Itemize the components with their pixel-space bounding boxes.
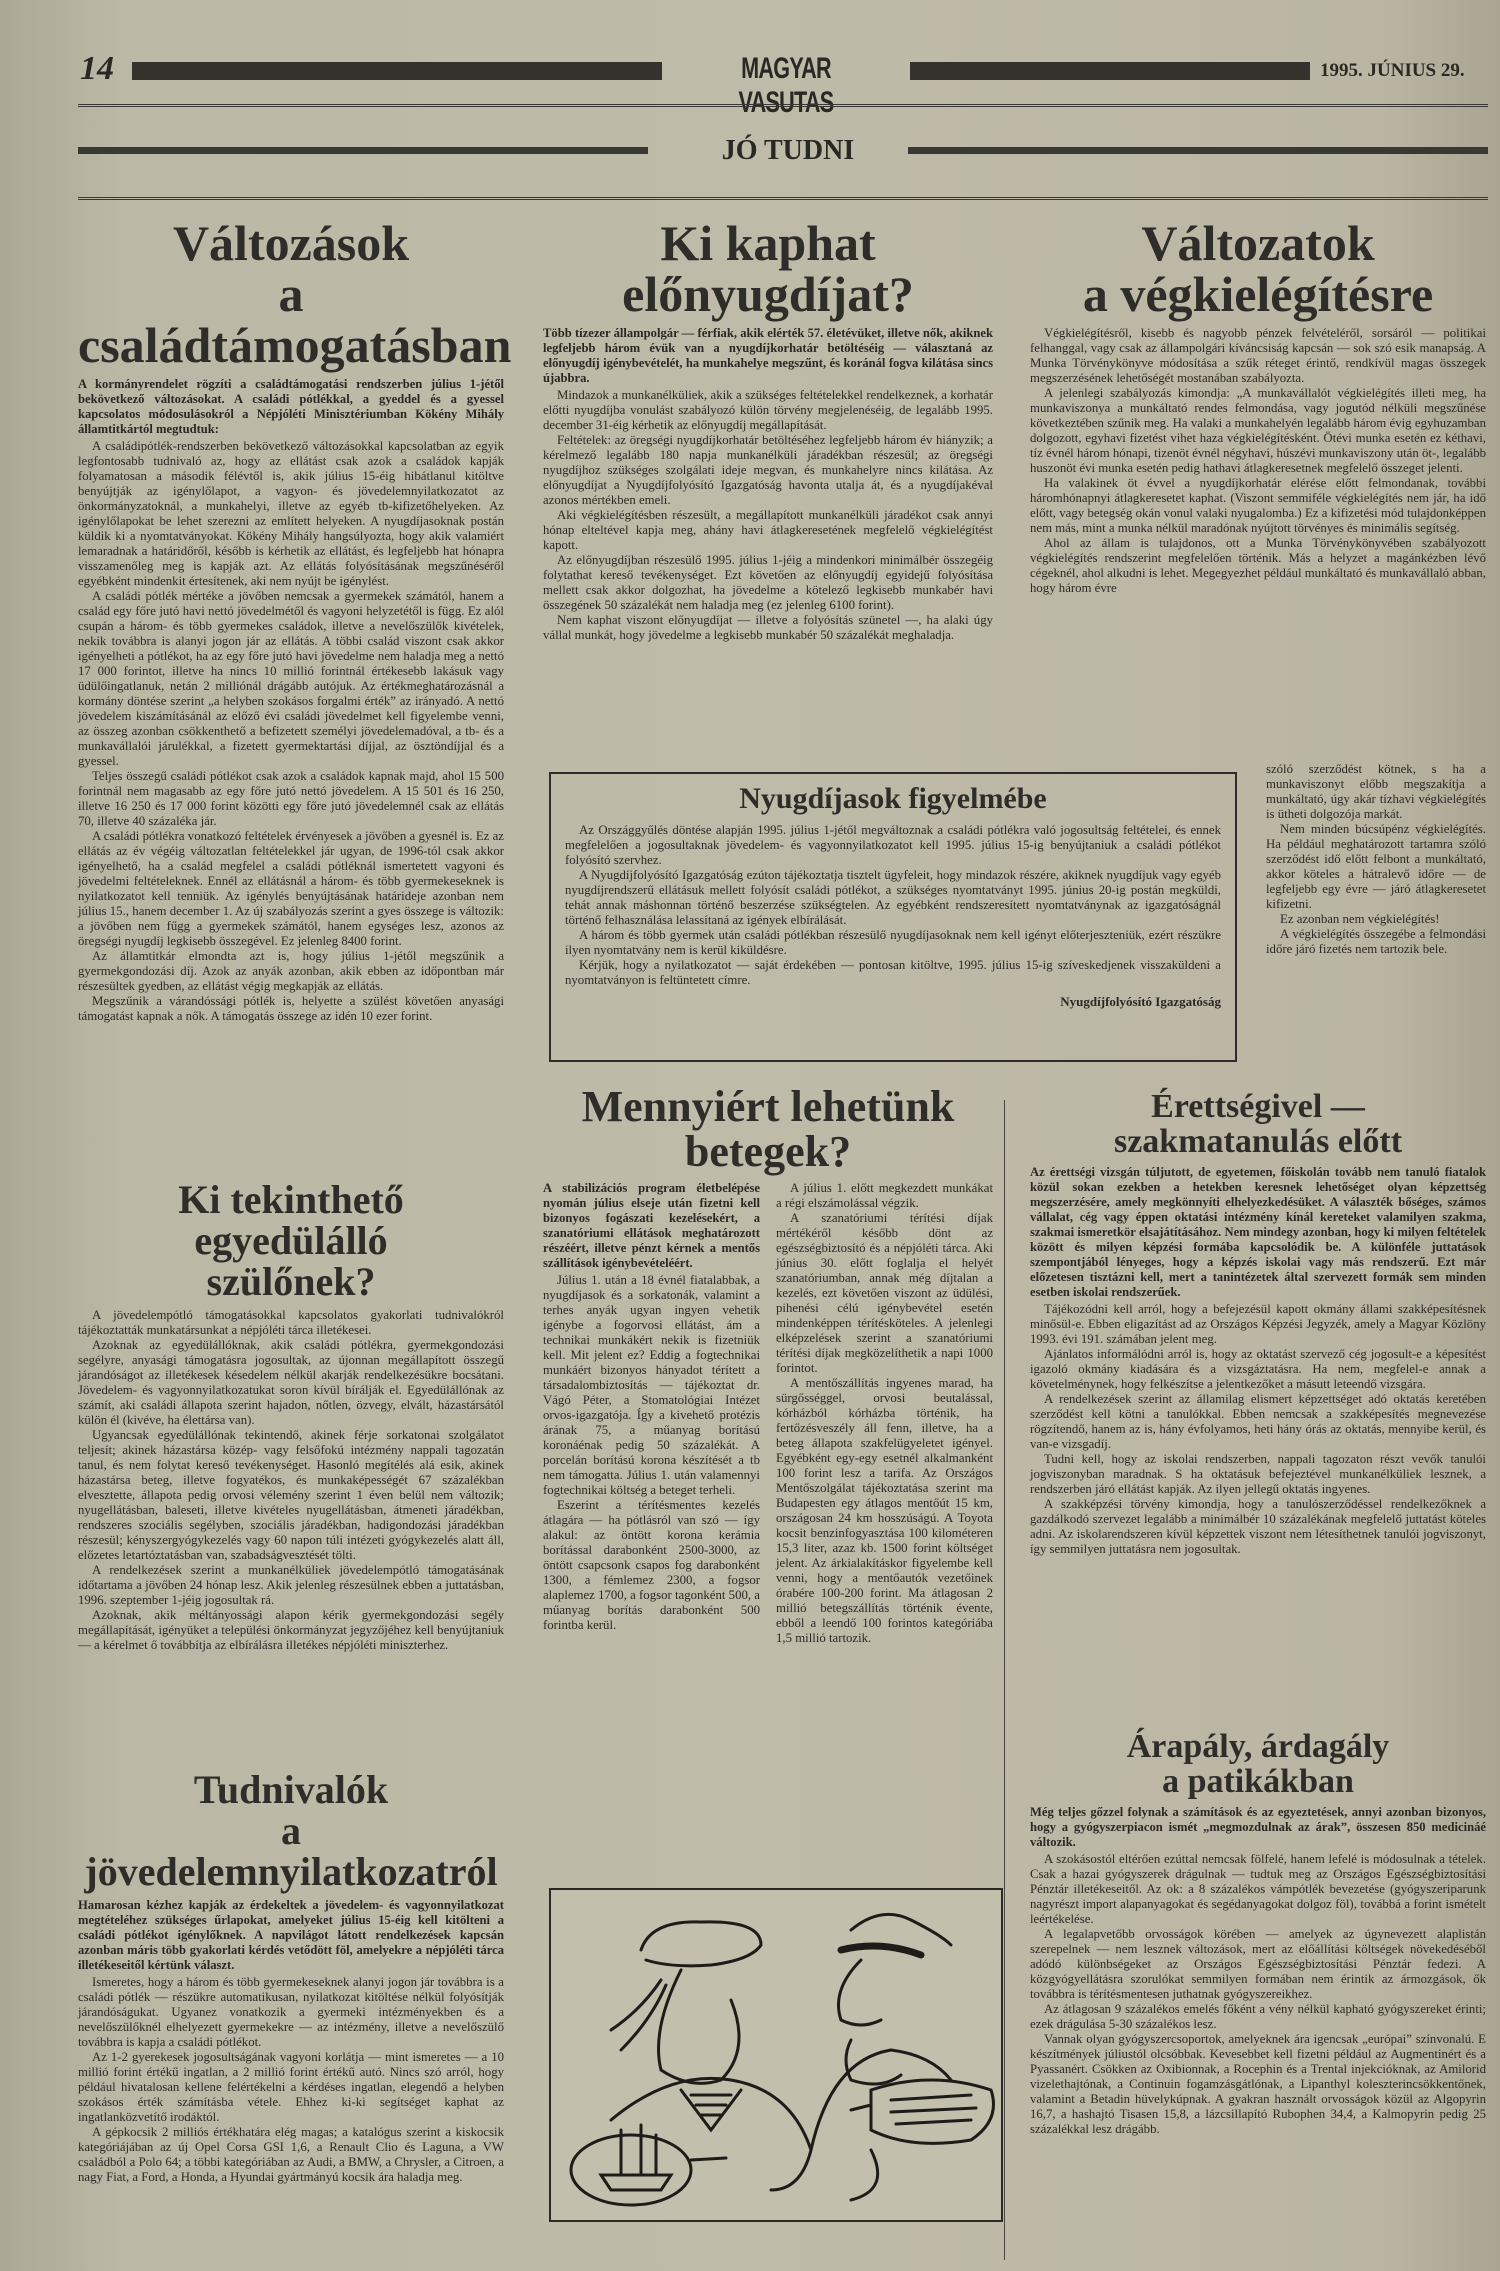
paragraph: Ismeretes, hogy a három és több gyermeke… (78, 1975, 504, 2050)
article-betegek: Mennyiért lehetünk betegek? A stabilizác… (543, 1085, 993, 1646)
banner-rule-left (78, 147, 648, 154)
paragraph: Kérjük, hogy a nyilatkozatot — saját érd… (565, 958, 1221, 988)
paragraph: A július 1. előtt megkezdett munkákat a … (776, 1181, 993, 1211)
paragraph: A három és több gyermek után családi pót… (565, 928, 1221, 958)
headline-line-2: szakmatanulás előtt (1114, 1123, 1402, 1160)
article-lead: Hamarosan kézhez kapják az érdekeltek a … (78, 1898, 504, 1973)
paragraph: A családi pótlék mértéke a jövőben nemcs… (78, 589, 504, 769)
paragraph: Vannak olyan gyógyszercsoportok, amelyek… (1030, 2032, 1486, 2137)
headline-line-1: Változások (173, 215, 409, 271)
newspaper-page: 14 MAGYAR VASUTAS 1995. JÚNIUS 29. JÓ TU… (0, 0, 1500, 2271)
paragraph: Az Országgyűlés döntése alapján 1995. jú… (565, 823, 1221, 868)
paragraph: A szanatóriumi térítési díjak mértékéről… (776, 1211, 993, 1376)
masthead-rule-left (132, 62, 662, 80)
paragraph: szóló szerződést kötnek, s ha a munkavis… (1266, 762, 1486, 822)
paragraph: Tájékozódni kell arról, hogy a befejezés… (1030, 1302, 1486, 1347)
paragraph: A végkielégítés összegébe a felmondási i… (1266, 927, 1486, 957)
headline-line-1: Árapály, árdagály (1127, 1728, 1390, 1765)
headline-line-1: Változatok (1141, 215, 1374, 271)
paragraph: Azoknak, akik méltányossági alapon kérik… (78, 1608, 504, 1653)
paragraph: Az átlagosan 9 százalékos emelés főként … (1030, 2002, 1486, 2032)
notice-signature: Nyugdíjfolyósító Igazgatóság (565, 994, 1221, 1010)
paragraph: Ajánlatos informálódni arról is, hogy az… (1030, 1347, 1486, 1392)
article-headline: Érettségivel — szakmatanulás előtt (1030, 1090, 1486, 1159)
paragraph: Azoknak az egyedülállóknak, akik családi… (78, 1338, 504, 1428)
paragraph: A gépkocsik 2 milliós értékhatára elég m… (78, 2125, 504, 2185)
paragraph: A családi pótlékra vonatkozó feltételek … (78, 829, 504, 949)
section-label: JÓ TUDNI (678, 135, 898, 167)
paragraph: Megszűnik a várandóssági pótlék is, hely… (78, 994, 504, 1024)
article-arapaly: Árapály, árdagály a patikákban Még telje… (1030, 1730, 1486, 2137)
article-vegkielegites: Változatok a végkielégítésre Végkielégít… (1030, 218, 1486, 596)
paragraph: Július 1. után a 18 évnél fiatalabbak, a… (543, 1273, 760, 1498)
headline-line-1: Tudnivalók (194, 1767, 388, 1812)
cartoon-illustration (549, 1888, 1003, 2222)
headline-line-2: a jövedelemnyilatkozatról (84, 1808, 497, 1894)
article-lead: A stabilizációs program életbelépése nyo… (543, 1181, 760, 1271)
issue-date: 1995. JÚNIUS 29. (1320, 60, 1465, 82)
article-lead: Több tízezer állampolgár — férfiak, akik… (543, 326, 993, 386)
paragraph: Mindazok a munkanélküliek, akik a szüksé… (543, 388, 993, 433)
paragraph: A mentőszállítás ingyenes marad, ha sürg… (776, 1376, 993, 1646)
article-tudnivalok: Tudnivalók a jövedelemnyilatkozatról Ham… (78, 1770, 504, 2185)
column-divider (1004, 1100, 1005, 2260)
masthead-rule-right (910, 62, 1310, 80)
article-vegkielegites-continued: szóló szerződést kötnek, s ha a munkavis… (1266, 762, 1486, 957)
masthead: 14 MAGYAR VASUTAS 1995. JÚNIUS 29. (80, 56, 1490, 96)
article-headline: Változások a családtámogatásban (78, 218, 504, 371)
paragraph: Ahol az állam is tulajdonos, ott a Munka… (1030, 536, 1486, 596)
headline-line-2: a végkielégítésre (1083, 266, 1433, 322)
paragraph: A szokásostól eltérően ezúttal nemcsak f… (1030, 1852, 1486, 1927)
sailors-cartoon-icon (551, 1890, 1001, 2220)
paragraph: Végkielégítésről, kisebb és nagyobb pénz… (1030, 326, 1486, 386)
paragraph: A jelenlegi szabályozás kimondja: „A mun… (1030, 386, 1486, 476)
notice-headline: Nyugdíjasok figyelmébe (565, 784, 1221, 815)
article-lead: A kormányrendelet rögzíti a családtámoga… (78, 377, 504, 437)
paragraph: Ugyancsak egyedülállónak tekintendő, aki… (78, 1428, 504, 1563)
headline-line-1: Ki kaphat (660, 215, 875, 271)
article-headline: Árapály, árdagály a patikákban (1030, 1730, 1486, 1799)
article-headline: Tudnivalók a jövedelemnyilatkozatról (78, 1770, 504, 1892)
headline-line-2: előnyugdíjat? (622, 266, 914, 322)
article-lead: Még teljes gőzzel folynak a számítások é… (1030, 1805, 1486, 1850)
paragraph: A jövedelempótló támogatásokkal kapcsola… (78, 1308, 504, 1338)
paragraph: A Nyugdíjfolyósító Igazgatóság ezúton tá… (565, 868, 1221, 928)
paragraph: Ha valakinek öt évvel a nyugdíjkorhatár … (1030, 476, 1486, 536)
article-headline: Ki kaphat előnyugdíjat? (543, 218, 993, 320)
paragraph: Nem kaphat viszont előnyugdíjat — illetv… (543, 613, 993, 643)
headline-line-1: Érettségivel — (1151, 1088, 1365, 1125)
column-2: A július 1. előtt megkezdett munkákat a … (776, 1181, 993, 1646)
paragraph: A rendelkezések szerint az államilag eli… (1030, 1392, 1486, 1452)
article-erettsegi: Érettségivel — szakmatanulás előtt Az ér… (1030, 1090, 1486, 1557)
article-valtozasok: Változások a családtámogatásban A kormán… (78, 218, 504, 1024)
paragraph: Aki végkielégítésben részesült, a megáll… (543, 508, 993, 553)
headline-line-2: a patikákban (1162, 1763, 1354, 1800)
banner-rule-right (908, 147, 1488, 154)
headline-line-2: szülőnek? (207, 1259, 376, 1304)
article-headline: Mennyiért lehetünk betegek? (543, 1085, 993, 1175)
paragraph: Eszerint a térítésmentes kezelés átlagár… (543, 1498, 760, 1633)
paragraph: Ez azonban nem végkielégítés! (1266, 912, 1486, 927)
paragraph: A legalapvetőbb orvosságok körében — ame… (1030, 1927, 1486, 2002)
article-elonyugdij: Ki kaphat előnyugdíjat? Több tízezer áll… (543, 218, 993, 643)
article-headline: Változatok a végkielégítésre (1030, 218, 1486, 320)
two-column-body: A stabilizációs program életbelépése nyo… (543, 1181, 993, 1646)
paragraph: A szakképzési törvény kimondja, hogy a t… (1030, 1497, 1486, 1557)
paragraph: Az előnyugdíjban részesülő 1995. július … (543, 553, 993, 613)
headline-line-1: Ki tekinthető egyedülálló (178, 1177, 404, 1263)
headline-line-2: betegek? (685, 1127, 851, 1176)
column-1: A stabilizációs program életbelépése nyo… (543, 1181, 760, 1646)
page-number: 14 (80, 50, 114, 88)
paragraph: Az 1-2 gyerekesek jogosultságának vagyon… (78, 2050, 504, 2125)
article-headline: Ki tekinthető egyedülálló szülőnek? (78, 1180, 504, 1302)
paragraph: Feltételek: az öregségi nyugdíjkorhatár … (543, 433, 993, 508)
notice-box-nyugdijasok: Nyugdíjasok figyelmébe Az Országgyűlés d… (549, 772, 1237, 1062)
article-egyedulallo: Ki tekinthető egyedülálló szülőnek? A jö… (78, 1180, 504, 1653)
section-banner: JÓ TUDNI (78, 104, 1488, 200)
paragraph: A rendelkezések szerint a munkanélküliek… (78, 1563, 504, 1608)
headline-line-2: a családtámogatásban (78, 266, 511, 373)
paragraph: A családipótlék-rendszerben bekövetkező … (78, 439, 504, 589)
paragraph: Tudni kell, hogy az iskolai rendszerben,… (1030, 1452, 1486, 1497)
article-lead: Az érettségi vizsgán túljutott, de egyet… (1030, 1165, 1486, 1300)
paragraph: Az államtitkár elmondta azt is, hogy júl… (78, 949, 504, 994)
headline-line-1: Mennyiért lehetünk (582, 1082, 955, 1131)
paragraph: Teljes összegű családi pótlékot csak azo… (78, 769, 504, 829)
paragraph: Nem minden búcsúpénz végkielégítés. Ha p… (1266, 822, 1486, 912)
